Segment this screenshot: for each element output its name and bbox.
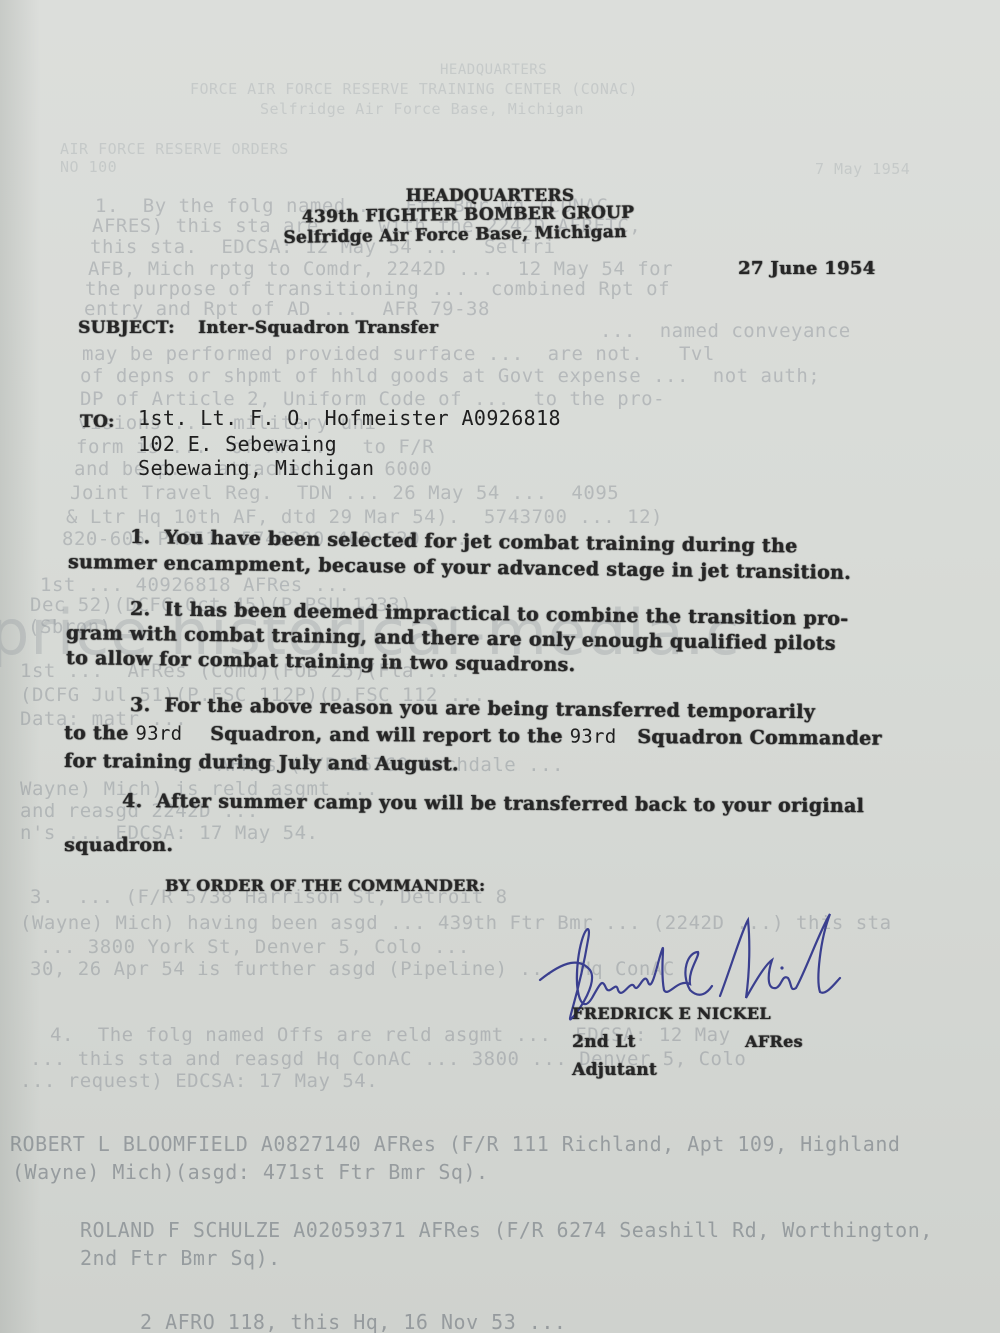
paragraph-number: 1.: [130, 526, 151, 548]
inserted-squadron-1: 93rd: [135, 722, 182, 744]
bleed-through-line: ROBERT L BLOOMFIELD A0827140 AFRes (F/R …: [10, 1132, 900, 1156]
subject-label: SUBJECT:: [78, 318, 175, 338]
paragraph-text: Squadron Commander: [637, 726, 882, 750]
bleed-line: Selfridge Air Force Base, Michigan: [260, 100, 584, 118]
bleed-through-line: AFB, Mich rptg to Comdr, 2242D ... 12 Ma…: [88, 258, 673, 280]
bleed-through-line: ... named conveyance: [600, 320, 851, 342]
signer-component: AFRes: [745, 1032, 803, 1051]
paragraph-number: 2.: [130, 598, 151, 620]
recipient-address-street: 102 E. Sebewaing: [138, 432, 337, 456]
paragraph-text: to the: [64, 722, 129, 744]
bleed-through-line: Joint Travel Reg. TDN ... 26 May 54 ... …: [70, 482, 619, 504]
bleed-line: FORCE AIR FORCE RESERVE TRAINING CENTER …: [190, 80, 638, 98]
paragraph-3-line-1: 3. For the above reason you are being tr…: [130, 694, 815, 723]
inserted-squadron-2: 93rd: [570, 726, 617, 748]
bleed-through-line: of depns or shpmt of hhld goods at Govt …: [80, 365, 820, 387]
recipient-address-city: Sebewaing, Michigan: [138, 456, 374, 480]
signer-typed-name: FREDRICK E NICKEL: [572, 1004, 771, 1023]
paragraph-text: Squadron, and will report to the: [210, 723, 563, 747]
paragraph-4-line-2: squadron.: [64, 834, 173, 856]
bleed-line: 7 May 1954: [815, 160, 910, 178]
paragraph-text: After summer camp you will be transferre…: [156, 790, 864, 817]
bleed-line: NO 100: [60, 158, 117, 176]
paragraph-number: 3.: [130, 694, 151, 716]
bleed-through-line: 1st ... 40926818 AFRes ...: [40, 574, 350, 596]
bleed-line: AIR FORCE RESERVE ORDERS: [60, 140, 289, 158]
paragraph-text: For the above reason you are being trans…: [164, 694, 815, 723]
document-date: 27 June 1954: [738, 258, 875, 279]
closing-by-order: BY ORDER OF THE COMMANDER:: [165, 876, 485, 895]
bleed-through-line: 2nd Ftr Bmr Sq).: [80, 1246, 281, 1270]
bleed-through-line: ROLAND F SCHULZE A02059371 AFRes (F/R 62…: [80, 1218, 933, 1242]
bleed-through-line: may be performed provided surface ... ar…: [82, 343, 715, 365]
bleed-through-line: (Wayne) Mich)(asgd: 471st Ftr Bmr Sq).: [12, 1160, 489, 1184]
paragraph-number: 4.: [122, 790, 143, 812]
to-label: TO:: [80, 412, 115, 432]
bleed-through-line: ... 3800 York St, Denver 5, Colo ...: [40, 936, 470, 958]
paragraph-3-line-3: for training during July and August.: [64, 750, 459, 775]
bleed-through-line: 2 AFRO 118, this Hq, 16 Nov 53 ...: [140, 1310, 566, 1333]
handwritten-signature: [520, 900, 880, 1050]
signer-rank: 2nd Lt: [572, 1032, 636, 1052]
paragraph-3-line-2: to the 93rd Squadron, and will report to…: [64, 722, 882, 750]
subject-text: Inter-Squadron Transfer: [198, 318, 438, 338]
bleed-through-line: the purpose of transitioning ... combine…: [85, 278, 670, 300]
bleed-through-line: & Ltr Hq 10th AF, dtd 29 Mar 54). 574370…: [66, 506, 663, 528]
bleed-through-line: entry and Rpt of AD ... AFR 79-38: [84, 298, 490, 320]
recipient-name: 1st. Lt. F. O. Hofmeister A0926818: [138, 406, 561, 430]
signer-title: Adjutant: [572, 1060, 657, 1080]
bleed-through-line: ... request) EDCSA: 17 May 54.: [20, 1070, 378, 1092]
bleed-heading: HEADQUARTERS: [440, 62, 547, 78]
